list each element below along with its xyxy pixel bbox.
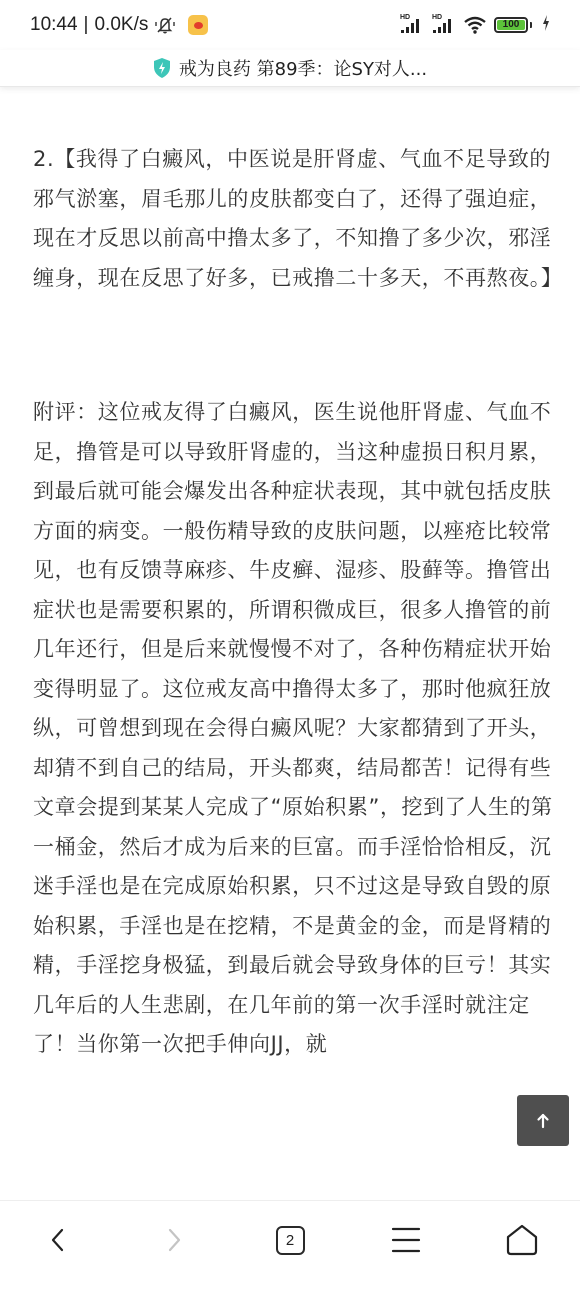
tabs-icon: 2 [276,1226,305,1255]
network-speed: 0.0K/s [94,14,148,36]
bottom-navigation: 2 [0,1200,580,1289]
arrow-up-icon [535,1113,551,1129]
status-separator: | [84,14,89,36]
home-icon [505,1223,539,1257]
status-right: HD HD 100 [400,15,550,35]
charging-icon [542,15,550,35]
status-left: 10:44 | 0.0K/s [30,14,208,36]
article-paragraph: 2.【我得了白癜风，中医说是肝肾虚、气血不足导致的邪气淤塞，眉毛那儿的皮肤都变白… [33,140,553,298]
scroll-to-top-button[interactable] [517,1095,569,1146]
back-button[interactable] [0,1201,116,1279]
tabs-button[interactable]: 2 [232,1201,348,1279]
weibo-icon [188,15,208,35]
chevron-right-icon [157,1223,191,1257]
battery-icon: 100 [494,17,532,33]
shield-icon [153,58,171,78]
signal-hd-icon: HD [400,15,424,35]
menu-icon [389,1223,423,1257]
clock: 10:44 [30,14,78,36]
mute-icon [154,15,176,35]
wifi-icon [464,16,486,34]
battery-level: 100 [497,20,525,30]
menu-button[interactable] [348,1201,464,1279]
article-paragraph: 附评：这位戒友得了白癜风，医生说他肝肾虚、气血不足，撸管是可以导致肝肾虚的，当这… [33,393,553,1065]
chevron-left-icon [41,1223,75,1257]
forward-button[interactable] [116,1201,232,1279]
home-button[interactable] [464,1201,580,1279]
page-title: 戒为良药 第89季：论SY对人... [179,55,427,81]
page-title-bar: 戒为良药 第89季：论SY对人... [0,50,580,87]
article-content[interactable]: 2.【我得了白癜风，中医说是肝肾虚、气血不足导致的邪气淤塞，眉毛那儿的皮肤都变白… [0,87,580,1200]
status-bar: 10:44 | 0.0K/s HD HD [0,0,580,50]
signal-hd-icon: HD [432,15,456,35]
